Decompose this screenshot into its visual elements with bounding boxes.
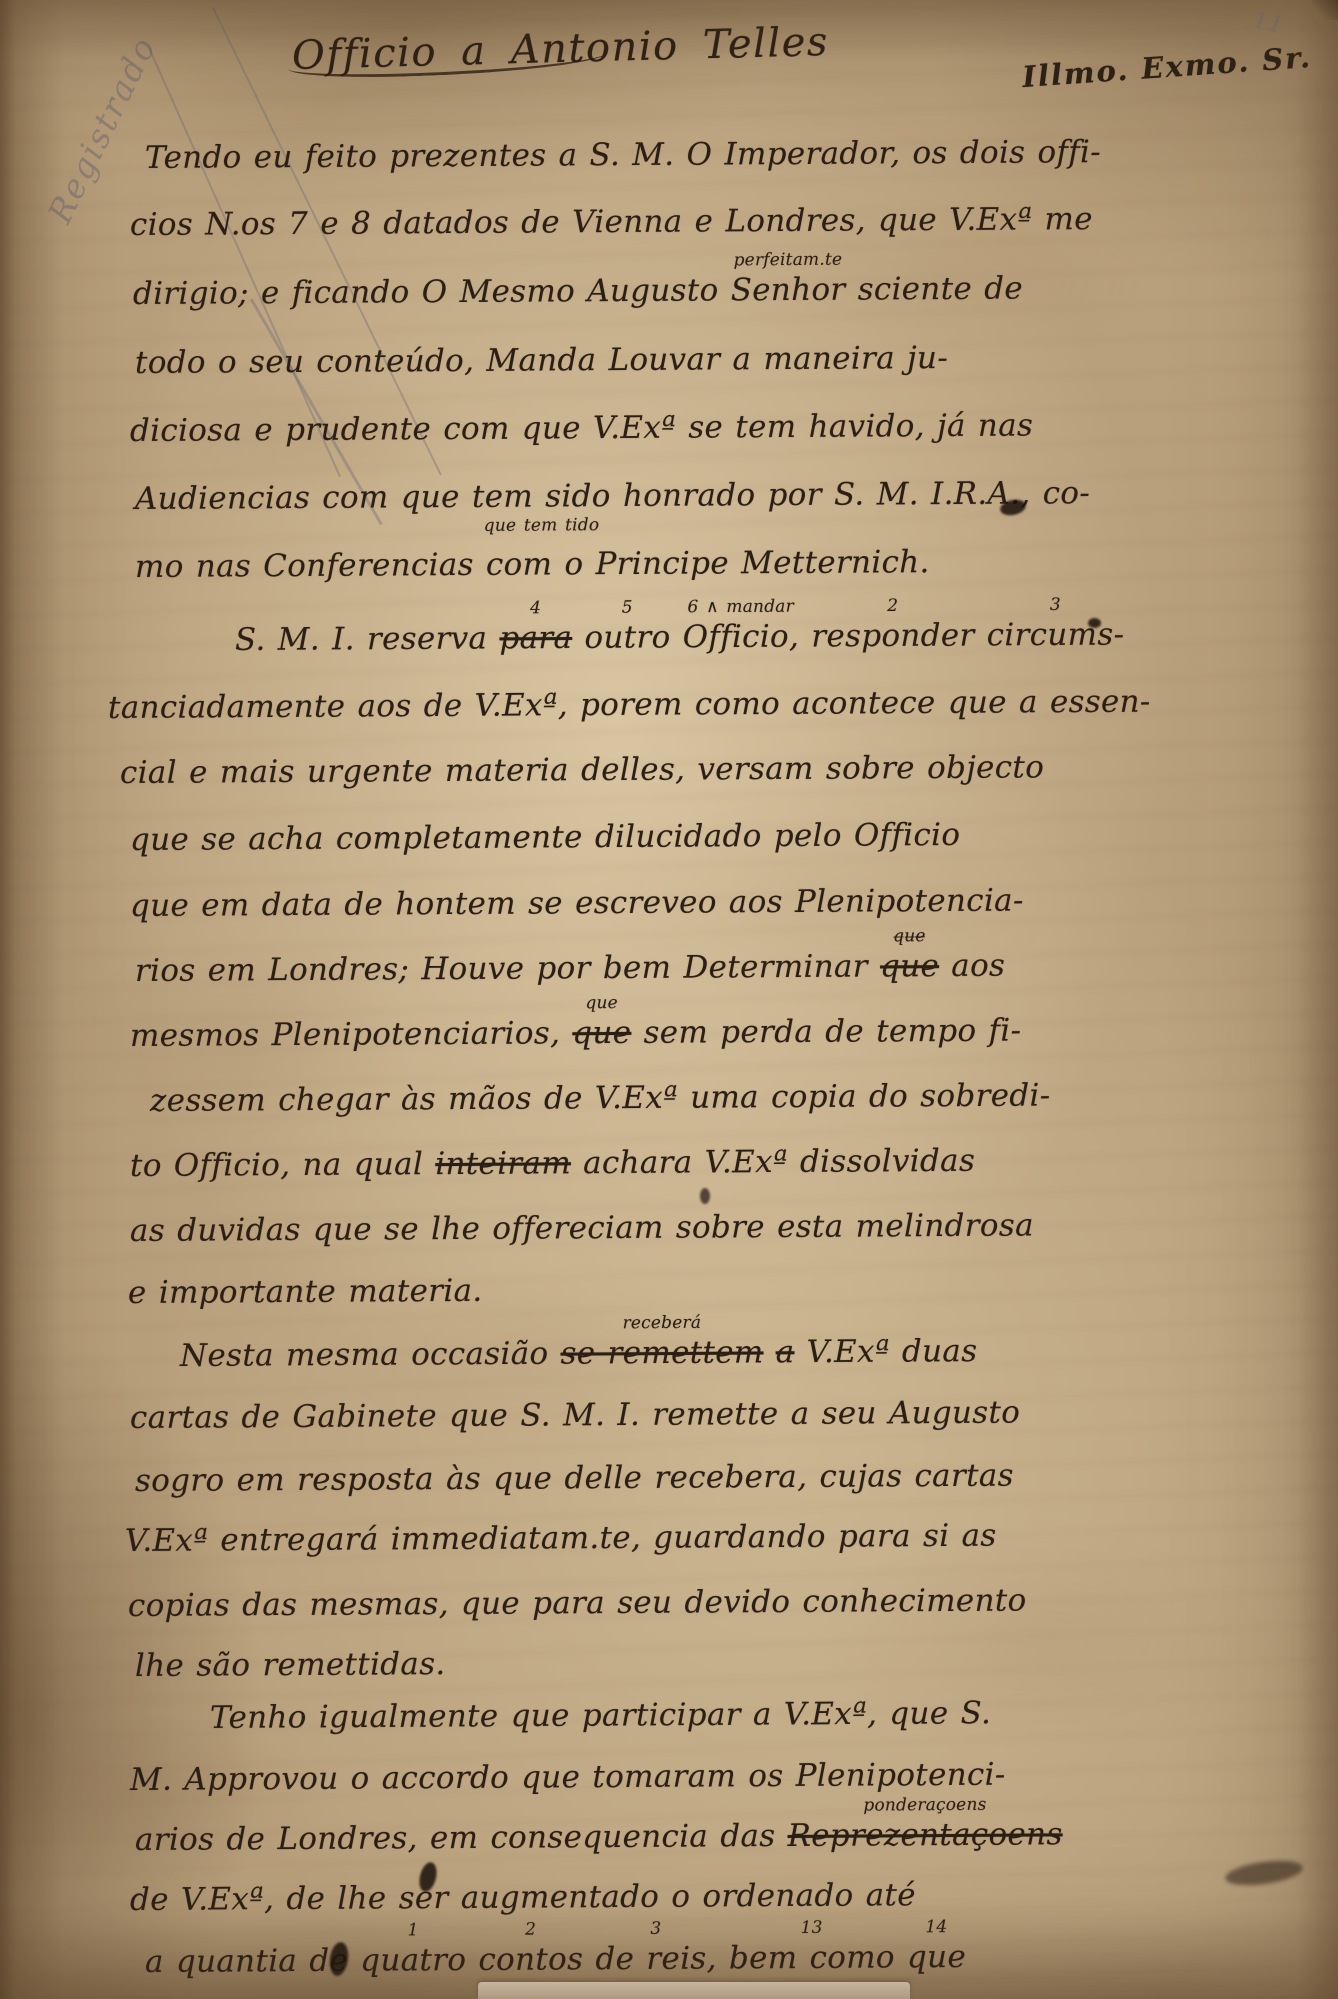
annotated-text: responder2 — [811, 617, 974, 654]
manuscript-line: to Officio, na qual inteiram achara V.Ex… — [130, 1143, 975, 1184]
text-segment: de reis, — [595, 1941, 717, 1978]
text-segment: todo o seu conteúdo, Manda Louvar a mane… — [135, 340, 948, 381]
manuscript-line: S. M. I. reserva para4 outro5 Officio,6 … — [235, 617, 1125, 658]
interlinear-note: 14 — [925, 1917, 947, 1937]
manuscript-line: tanciadamente aos de V.Exª, porem como a… — [108, 684, 1151, 726]
text-segment: bem como — [729, 1939, 895, 1976]
text-segment: Nesta mesma occasião — [180, 1336, 561, 1374]
text-segment: que em data de hontem se escreveo aos Pl… — [130, 883, 1024, 924]
text-segment: as duvidas que se lhe offereciam sobre e… — [130, 1207, 1034, 1249]
text-segment: copias das mesmas, que para seu devido c… — [128, 1583, 1027, 1624]
page-number-pencil: 11 — [1251, 7, 1287, 39]
text-segment: tem sido — [472, 478, 611, 515]
text-segment: rios em Londres; Houve por bem Determina… — [135, 948, 880, 989]
text-segment: arios de Londres, em consequencia das — [135, 1818, 788, 1858]
text-segment: aos — [939, 948, 1005, 984]
struck-text: Reprezentaçoens — [787, 1816, 1062, 1854]
ink-blot — [1088, 618, 1101, 628]
text-segment — [572, 620, 584, 656]
text-segment: V.Exª entregará immediatam.te, guardando… — [125, 1518, 997, 1559]
next-page-edge — [478, 1982, 910, 1999]
interlinear-note: 2 — [887, 596, 898, 616]
text-segment: cial e mais urgente materia delles, vers… — [120, 749, 1044, 791]
manuscript-line: Tendo eu feito prezentes a S. M. O Imper… — [145, 134, 1101, 176]
text-segment: responder — [811, 617, 974, 654]
text-segment: e importante materia. — [128, 1273, 483, 1311]
interlinear-note: 6 ∧ mandar — [687, 597, 794, 618]
interlinear-note: 3 — [650, 1919, 661, 1939]
struck-text: que — [572, 1015, 631, 1051]
text-segment: sciente de — [845, 271, 1023, 308]
text-segment: mesmos Plenipotenciarios, — [130, 1015, 573, 1054]
interlinear-note: 4 — [530, 598, 541, 618]
text-segment — [466, 1942, 478, 1978]
text-segment — [670, 619, 682, 655]
annotated-text: outro5 — [584, 619, 670, 656]
page-corner-shadow — [1312, 0, 1338, 20]
manuscript-line: de V.Exª, de lhe ser augmentado o ordena… — [130, 1877, 916, 1918]
manuscript-line: cios N.os 7 e 8 datados de Vienna e Lond… — [130, 201, 1093, 243]
manuscript-line: zessem chegar às mãos de V.Exª uma copia… — [150, 1077, 1051, 1118]
manuscript-line: M. Approvou o accordo que tomaram os Ple… — [130, 1757, 1006, 1798]
text-segment: Audiencias com que — [135, 479, 472, 517]
annotated-text: contos2 — [478, 1941, 583, 1978]
text-segment: diciosa e prudente com que V.Exª se tem … — [130, 407, 1033, 449]
manuscript-line: V.Exª entregará immediatam.te, guardando… — [125, 1518, 997, 1559]
manuscript-line: cial e mais urgente materia delles, vers… — [120, 749, 1044, 791]
text-segment: cios N.os 7 e 8 datados de Vienna e Lond… — [130, 201, 1093, 243]
annotated-text: Reprezentaçoensponderaçoens — [787, 1816, 1062, 1854]
interlinear-note: ponderaçoens — [863, 1795, 986, 1816]
interlinear-note: 13 — [801, 1918, 823, 1938]
interlinear-note: que tem tido — [484, 515, 600, 536]
manuscript-line: arios de Londres, em consequencia das Re… — [135, 1816, 1063, 1858]
text-segment: contos — [478, 1941, 583, 1978]
text-segment — [895, 1939, 907, 1975]
text-segment: cartas de Gabinete que S. M. I. remette … — [130, 1395, 1020, 1436]
interlinear-note: q̶u̶e̶ — [893, 926, 926, 946]
annotated-text: tem sidoque tem tido — [472, 478, 611, 515]
manuscript-line: as duvidas que se lhe offereciam sobre e… — [130, 1207, 1034, 1249]
interlinear-note: 5 — [622, 598, 633, 618]
annotated-text: Senhorperfeitam.te — [731, 272, 846, 309]
manuscript-line: Audiencias com que tem sidoque tem tido … — [135, 475, 1090, 517]
manuscript-line: que em data de hontem se escreveo aos Pl… — [130, 883, 1024, 924]
interlinear-note: receberá — [622, 1313, 701, 1333]
manuscript-line: Tenho igualmente que participar a V.Exª,… — [210, 1695, 991, 1736]
text-segment: dirigio; e ficando O Mesmo Augusto — [133, 272, 731, 312]
ink-blot — [700, 1188, 710, 1204]
manuscript-line: copias das mesmas, que para seu devido c… — [128, 1583, 1027, 1624]
text-segment — [974, 617, 986, 653]
struck-text: para — [499, 620, 572, 656]
annotated-text: circums-3 — [987, 617, 1125, 654]
manuscript-line: a quantia de quatro1 contos2 de reis,3 b… — [145, 1939, 966, 1980]
text-segment: tanciadamente aos de V.Exª, porem como a… — [108, 684, 1151, 726]
text-segment: zessem chegar às mãos de V.Exª uma copia… — [150, 1077, 1051, 1118]
manuscript-line: mo nas Conferencias com o Principe Mette… — [135, 544, 930, 585]
text-segment: Tendo eu feito prezentes a S. M. O Imper… — [145, 134, 1101, 176]
interlinear-note: 3 — [1050, 595, 1061, 615]
text-segment: V.Exª duas — [794, 1333, 977, 1370]
text-segment: mo nas Conferencias com o Principe Mette… — [135, 544, 930, 585]
interlinear-note: 1 — [408, 1920, 419, 1940]
text-segment: de V.Exª, de lhe ser augmentado o ordena… — [130, 1877, 916, 1918]
text-segment — [799, 618, 811, 654]
text-segment — [583, 1941, 595, 1977]
manuscript-line: que se acha completamente dilucidado pel… — [130, 817, 960, 858]
text-segment: M. Approvou o accordo que tomaram os Ple… — [130, 1757, 1006, 1798]
interlinear-note: 2 — [525, 1920, 536, 1940]
text-segment: que se acha completamente dilucidado pel… — [130, 817, 960, 858]
text-segment: Tenho igualmente que participar a V.Exª,… — [210, 1695, 991, 1736]
interlinear-note: que — [585, 993, 618, 1013]
struck-text: a — [776, 1334, 795, 1370]
text-segment: S. M. I. reserva — [235, 620, 500, 658]
manuscript-line: diciosa e prudente com que V.Exª se tem … — [130, 407, 1033, 449]
text-segment: outro — [584, 619, 670, 656]
manuscript-line: todo o seu conteúdo, Manda Louvar a mane… — [135, 340, 948, 381]
text-segment: to Officio, na qual — [130, 1146, 435, 1184]
manuscript-line: Nesta mesma occasião se remettemreceberá… — [180, 1333, 978, 1374]
manuscript-line: e importante materia. — [128, 1273, 483, 1311]
text-segment — [717, 1940, 729, 1976]
annotated-text: Officio,6 ∧ mandar — [683, 619, 800, 656]
annotated-text: quatro1 — [360, 1942, 466, 1979]
addressee-docket: Illmo. Exmo. Sr. — [1021, 40, 1313, 94]
annotated-text: queque — [572, 1015, 631, 1051]
annotated-text: que14 — [907, 1939, 966, 1975]
text-segment: Officio, — [683, 619, 800, 656]
manuscript-line: sogro em resposta às que delle recebera,… — [135, 1458, 1014, 1499]
annotated-text: queq̶u̶e̶ — [880, 948, 939, 984]
annotated-text: se remettemreceberá — [560, 1334, 763, 1371]
text-segment: a quantia de — [145, 1943, 360, 1980]
annotated-text: de reis,3 — [595, 1941, 717, 1978]
ink-smudge — [1224, 1857, 1304, 1890]
text-segment: lhe são remettidas. — [135, 1646, 446, 1684]
text-segment: quatro — [360, 1942, 466, 1979]
margin-pencil-annotation: Registrado — [40, 30, 164, 229]
text-segment: sogro em resposta às que delle recebera,… — [135, 1458, 1014, 1499]
annotated-text: bem como13 — [729, 1939, 895, 1976]
struck-text: inteiram — [435, 1145, 571, 1182]
text-segment — [763, 1334, 775, 1370]
manuscript-line: dirigio; e ficando O Mesmo Augusto Senho… — [133, 271, 1023, 312]
manuscript-line: rios em Londres; Houve por bem Determina… — [135, 948, 1005, 989]
struck-text: se remettem — [560, 1334, 763, 1371]
manuscript-line: lhe são remettidas. — [135, 1646, 446, 1684]
annotated-text: para4 — [499, 620, 572, 656]
text-segment: que — [907, 1939, 966, 1975]
struck-text: que — [880, 948, 939, 984]
manuscript-line: cartas de Gabinete que S. M. I. remette … — [130, 1395, 1020, 1436]
text-segment: achara V.Exª dissolvidas — [571, 1143, 975, 1181]
text-segment: circums- — [987, 617, 1125, 654]
manuscript-line: mesmos Plenipotenciarios, queque sem per… — [130, 1013, 1022, 1054]
text-segment: Senhor — [731, 272, 846, 309]
text-segment: sem perda de tempo fi- — [631, 1013, 1021, 1051]
interlinear-note: perfeitam.te — [734, 250, 843, 271]
